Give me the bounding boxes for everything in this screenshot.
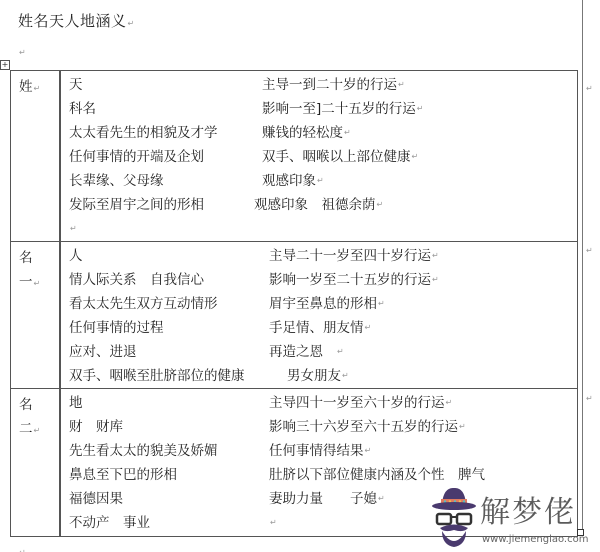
line-right: 双手、咽喉以上部位健康 [262,145,411,169]
line-left: 双手、咽喉至肚脐部位的健康 [69,364,287,388]
watermark-url: www.jiemenglao.com [482,534,588,545]
paragraph-mark-icon: ↵ [317,169,324,193]
line-left: 任何事情的过程 [69,316,269,340]
line-left: 鼻息至下巴的形相 [69,463,269,487]
line-right: 手足情、朋友情 [269,316,364,340]
content-line: 情人际关系 自我信心影响一岁至二十五岁的行运↵ [69,268,577,292]
line-left: 太太看先生的相貌及才学 [69,121,262,145]
line-right: 主导一到二十岁的行运 [262,73,397,97]
table-row-surname: 姓↵ 天主导一到二十岁的行运↵ 科名影响一至]二十五岁的行运↵ 太太看先生的相貌… [11,71,578,242]
line-left: 长辈缘、父母缘 [69,169,262,193]
paragraph-mark-icon: ↵ [378,487,385,511]
paragraph-mark-icon: ↵ [34,426,41,435]
line-right: 妻助力量 子媳 [269,487,377,511]
paragraph-mark-icon: ↵ [270,511,277,535]
content-line: 任何事情的开端及企划双手、咽喉以上部位健康↵ [69,145,577,169]
row-end-marker-icon: ↵ [586,394,593,403]
table-move-handle-icon[interactable]: + [0,60,10,70]
line-left: 应对、进退 [69,340,269,364]
line-right: 男女朋友 [287,364,341,388]
content-line: 财 财库影响三十六岁至六十五岁的行运↵ [69,415,577,439]
line-left: 科名 [69,97,262,121]
table-row-name-one: 名 一↵ 人主导二十一岁至四十岁行运↵ 情人际关系 自我信心影响一岁至二十五岁的… [11,242,578,389]
line-right: 影响一至]二十五岁的行运 [262,97,416,121]
line-left: 财 财库 [69,415,269,439]
row-content-cell: 人主导二十一岁至四十岁行运↵ 情人际关系 自我信心影响一岁至二十五岁的行运↵ 看… [60,242,578,389]
paragraph-mark-icon: ↵ [337,340,344,364]
paragraph-mark-icon: ↵ [417,97,424,121]
line-right: 赚钱的轻松度 [262,121,343,145]
paragraph-mark-icon: ↵ [459,415,466,439]
watermark-logo: 解梦佬 www.jiemenglao.com [430,483,590,552]
row-label-cell: 名 一↵ [11,242,61,389]
document-title-text: 姓名天人地涵义 [18,12,127,30]
content-line: 双手、咽喉至肚脐部位的健康男女朋友↵ [69,364,577,388]
line-right: 影响一岁至二十五岁的行运 [269,268,431,292]
content-line: ↵ [69,217,577,241]
paragraph-mark-icon: ↵ [365,439,372,463]
line-left: 看太太先生双方互动情形 [69,292,269,316]
line-left: 发际至眉宇之间的形相 [69,193,254,217]
paragraph-mark-icon: ↵ [446,391,453,415]
paragraph-mark-icon: ↵ [432,268,439,292]
line-right: 观感印象 祖德余荫 [254,193,376,217]
trailing-paragraph: ↵ [18,540,26,552]
line-left: 不动产 事业 [69,511,269,535]
line-right: 任何事情得结果 [269,439,364,463]
line-left: 福德因果 [69,487,269,511]
row-label-line1: 名 [19,393,59,417]
content-line: 长辈缘、父母缘观感印象↵ [69,169,577,193]
content-line: 先生看太太的貌美及娇媚任何事情得结果↵ [69,439,577,463]
paragraph-mark-icon: ↵ [344,121,351,145]
mustache-man-logo-icon [430,483,478,549]
line-right: 影响三十六岁至六十五岁的行运 [269,415,458,439]
paragraph-mark-icon: ↵ [412,145,419,169]
content-line: 科名影响一至]二十五岁的行运↵ [69,97,577,121]
line-left: 天 [69,73,262,97]
paragraph-mark-icon: ↵ [34,279,41,288]
paragraph-mark-icon: ↵ [365,316,372,340]
row-label-cell: 姓↵ [11,71,61,242]
line-left: 人 [69,244,269,268]
line-right: 眉宇至鼻息的形相 [269,292,377,316]
row-label-line2: 二 [19,421,33,437]
paragraph-mark-icon: ↵ [432,244,439,268]
paragraph-mark-icon: ↵ [19,48,26,57]
paragraph-mark-icon: ↵ [70,217,77,241]
paragraph-mark-icon: ↵ [378,292,385,316]
content-line: 地主导四十一岁至六十岁的行运↵ [69,391,577,415]
line-right: 再造之恩 [269,340,323,364]
watermark-brand: 解梦佬 [480,487,576,531]
row-end-marker-icon: ↵ [586,246,593,255]
line-right: 主导四十一岁至六十岁的行运 [269,391,445,415]
content-line: 应对、进退再造之恩↵ [69,340,577,364]
line-left: 情人际关系 自我信心 [69,268,269,292]
content-line: 发际至眉宇之间的形相观感印象 祖德余荫↵ [69,193,577,217]
meaning-table: 姓↵ 天主导一到二十岁的行运↵ 科名影响一至]二十五岁的行运↵ 太太看先生的相貌… [10,70,578,537]
row-end-marker-icon: ↵ [586,84,593,93]
row-content-cell: 天主导一到二十岁的行运↵ 科名影响一至]二十五岁的行运↵ 太太看先生的相貌及才学… [60,71,578,242]
content-line: 太太看先生的相貌及才学赚钱的轻松度↵ [69,121,577,145]
line-left: 任何事情的开端及企划 [69,145,262,169]
blank-paragraph: ↵ [18,40,26,59]
row-label-line1: 名 [19,246,59,270]
line-right: 观感印象 [262,169,316,193]
line-left: 先生看太太的貌美及娇媚 [69,439,269,463]
paragraph-mark-icon: ↵ [19,548,26,552]
document-title: 姓名天人地涵义↵ [18,10,135,31]
paragraph-mark-icon: ↵ [128,19,135,28]
paragraph-mark-icon: ↵ [342,364,349,388]
line-right: 主导二十一岁至四十岁行运 [269,244,431,268]
row-label: 姓 [19,79,33,95]
content-line: 任何事情的过程手足情、朋友情↵ [69,316,577,340]
row-label-cell: 名 二↵ [11,389,61,537]
row-label-line2: 一 [19,274,33,290]
page-margin-line [582,0,583,530]
content-line: 看太太先生双方互动情形眉宇至鼻息的形相↵ [69,292,577,316]
paragraph-mark-icon: ↵ [398,73,405,97]
paragraph-mark-icon: ↵ [377,193,384,217]
content-line: 天主导一到二十岁的行运↵ [69,73,577,97]
paragraph-mark-icon: ↵ [34,84,41,93]
line-left: 地 [69,391,269,415]
content-line: 人主导二十一岁至四十岁行运↵ [69,244,577,268]
